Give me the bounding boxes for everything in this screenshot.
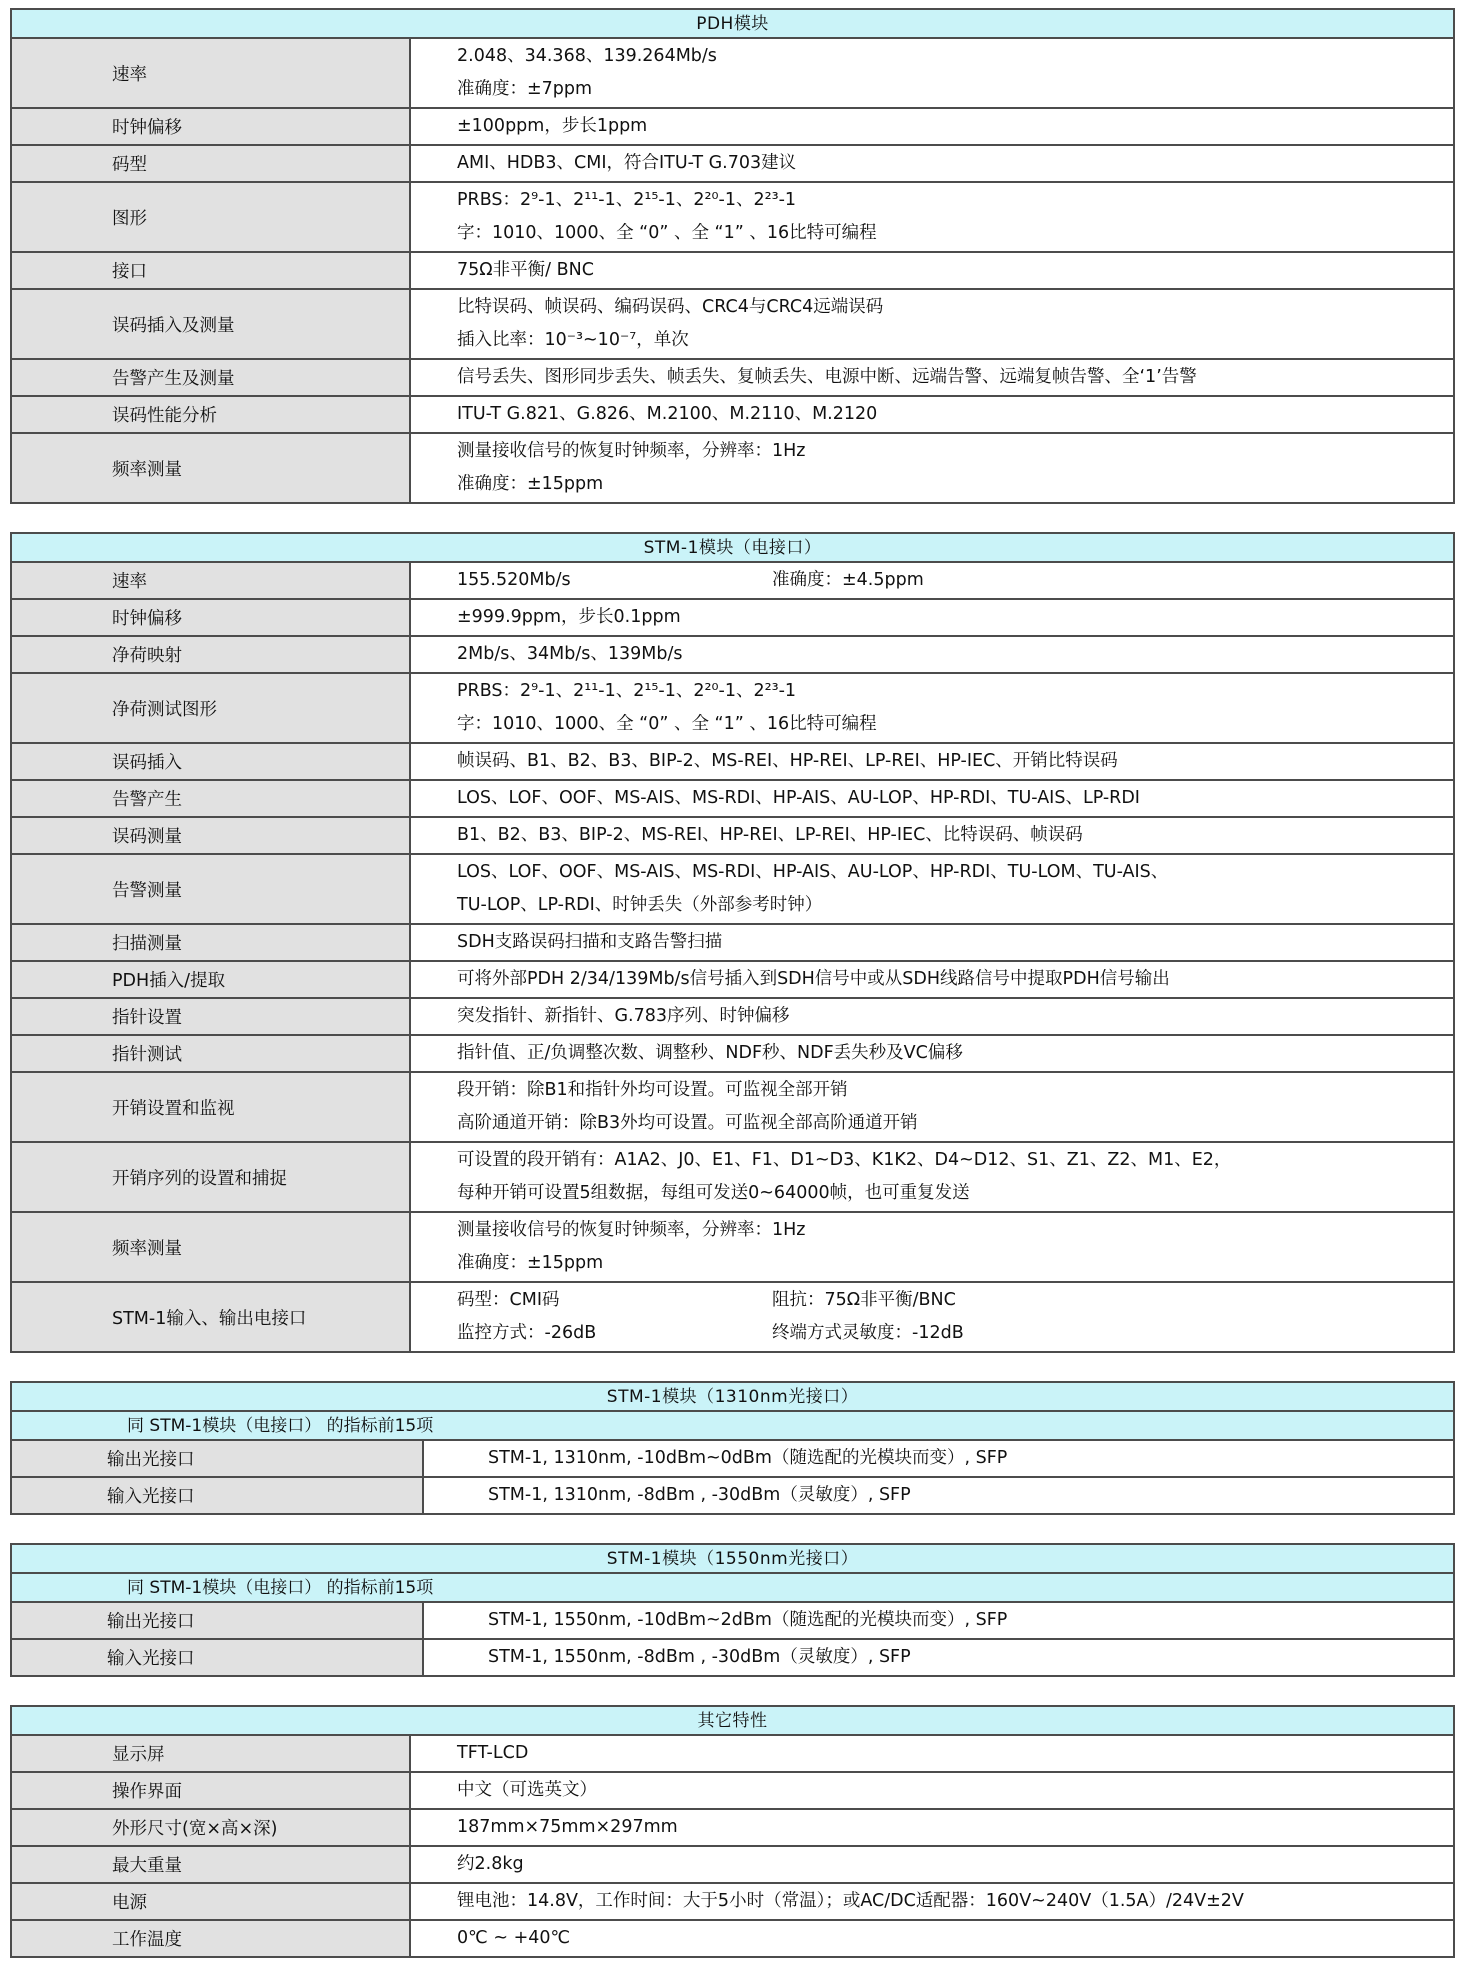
value-line: 准确度：±15ppm — [457, 1247, 1443, 1280]
value-line: 突发指针、新指针、G.783序列、时钟偏移 — [457, 1000, 1443, 1033]
table-title: PDH模块 — [12, 10, 1453, 39]
value-line: 约2.8kg — [457, 1848, 1443, 1881]
table-row: 码型AMI、HDB3、CMI，符合ITU-T G.703建议 — [12, 146, 1453, 183]
table-row: 速率2.048、34.368、139.264Mb/s准确度：±7ppm — [12, 39, 1453, 109]
table-row: 净荷映射2Mb/s、34Mb/s、139Mb/s — [12, 637, 1453, 674]
value-line: 测量接收信号的恢复时钟频率，分辨率：1Hz — [457, 435, 1443, 468]
row-label: 开销序列的设置和捕捉 — [12, 1143, 411, 1211]
table-row: 告警产生及测量信号丢失、图形同步丢失、帧丢失、复帧丢失、电源中断、远端告警、远端… — [12, 360, 1453, 397]
value-line: 比特误码、帧误码、编码误码、CRC4与CRC4远端误码 — [457, 291, 1443, 324]
table-row: 扫描测量SDH支路误码扫描和支路告警扫描 — [12, 925, 1453, 962]
value-line: 准确度：±7ppm — [457, 73, 1443, 106]
value-line: 锂电池：14.8V，工作时间：大于5小时（常温）；或AC/DC适配器：160V~… — [457, 1885, 1443, 1918]
row-value: 帧误码、B1、B2、B3、BIP-2、MS-REI、HP-REI、LP-REI、… — [411, 744, 1453, 779]
row-label: 误码测量 — [12, 818, 411, 853]
row-value: 75Ω非平衡/ BNC — [411, 253, 1453, 288]
row-label: 码型 — [12, 146, 411, 181]
table-row: 工作温度0℃ ~ +40℃ — [12, 1921, 1453, 1956]
row-label: 操作界面 — [12, 1773, 411, 1808]
table-row: 开销序列的设置和捕捉可设置的段开销有：A1A2、J0、E1、F1、D1~D3、K… — [12, 1143, 1453, 1213]
row-value: 2.048、34.368、139.264Mb/s准确度：±7ppm — [411, 39, 1453, 107]
value-line: TFT-LCD — [457, 1737, 1443, 1770]
row-value: STM-1, 1550nm, -10dBm~2dBm（随选配的光模块而变）, S… — [424, 1603, 1453, 1638]
table-row: 速率155.520Mb/s准确度：±4.5ppm — [12, 563, 1453, 600]
value-line: PRBS：2⁹-1、2¹¹-1、2¹⁵-1、2²⁰-1、2²³-1 — [457, 184, 1443, 217]
row-label: 误码性能分析 — [12, 397, 411, 432]
table-row: 输入光接口STM-1, 1310nm, -8dBm , -30dBm（灵敏度）,… — [12, 1478, 1453, 1513]
row-value: 可将外部PDH 2/34/139Mb/s信号插入到SDH信号中或从SDH线路信号… — [411, 962, 1453, 997]
row-value: ±999.9ppm，步长0.1ppm — [411, 600, 1453, 635]
value-segment: 码型：CMI码 — [457, 1284, 772, 1317]
row-value: 信号丢失、图形同步丢失、帧丢失、复帧丢失、电源中断、远端告警、远端复帧告警、全‘… — [411, 360, 1453, 395]
row-label: 图形 — [12, 183, 411, 251]
row-value: 中文（可选英文） — [411, 1773, 1453, 1808]
row-value: 测量接收信号的恢复时钟频率，分辨率：1Hz准确度：±15ppm — [411, 1213, 1453, 1281]
value-line: ±999.9ppm，步长0.1ppm — [457, 601, 1443, 634]
row-label: 最大重量 — [12, 1847, 411, 1882]
table-note: 同 STM-1模块（电接口） 的指标前15项 — [12, 1412, 1453, 1441]
table-row: STM-1输入、输出电接口码型：CMI码阻抗：75Ω非平衡/BNC监控方式：-2… — [12, 1283, 1453, 1351]
value-line: STM-1, 1310nm, -10dBm~0dBm（随选配的光模块而变）, S… — [488, 1442, 1443, 1475]
value-line: TU-LOP、LP-RDI、时钟丢失（外部参考时钟） — [457, 889, 1443, 922]
row-value: 段开销：除B1和指针外均可设置。可监视全部开销高阶通道开销：除B3外均可设置。可… — [411, 1073, 1453, 1141]
row-label: 速率 — [12, 563, 411, 598]
row-label: 输出光接口 — [12, 1603, 424, 1638]
row-value: SDH支路误码扫描和支路告警扫描 — [411, 925, 1453, 960]
value-line: LOS、LOF、OOF、MS-AIS、MS-RDI、HP-AIS、AU-LOP、… — [457, 856, 1443, 889]
row-label: 告警测量 — [12, 855, 411, 923]
value-line: 可设置的段开销有：A1A2、J0、E1、F1、D1~D3、K1K2、D4~D12… — [457, 1144, 1443, 1177]
value-line: 2Mb/s、34Mb/s、139Mb/s — [457, 638, 1443, 671]
table-row: 告警产生LOS、LOF、OOF、MS-AIS、MS-RDI、HP-AIS、AU-… — [12, 781, 1453, 818]
value-line: 监控方式：-26dB终端方式灵敏度：-12dB — [457, 1317, 1443, 1350]
row-label: 工作温度 — [12, 1921, 411, 1956]
row-value: AMI、HDB3、CMI，符合ITU-T G.703建议 — [411, 146, 1453, 181]
table-row: 频率测量测量接收信号的恢复时钟频率，分辨率：1Hz准确度：±15ppm — [12, 434, 1453, 502]
table-row: 输出光接口STM-1, 1550nm, -10dBm~2dBm（随选配的光模块而… — [12, 1603, 1453, 1640]
row-value: 0℃ ~ +40℃ — [411, 1921, 1453, 1956]
row-value: 码型：CMI码阻抗：75Ω非平衡/BNC监控方式：-26dB终端方式灵敏度：-1… — [411, 1283, 1453, 1351]
row-value: STM-1, 1550nm, -8dBm , -30dBm（灵敏度）, SFP — [424, 1640, 1453, 1675]
value-segment: 准确度：±4.5ppm — [772, 564, 924, 597]
row-value: STM-1, 1310nm, -8dBm , -30dBm（灵敏度）, SFP — [424, 1478, 1453, 1513]
row-value: 约2.8kg — [411, 1847, 1453, 1882]
table-title: STM-1模块（1550nm光接口） — [12, 1545, 1453, 1574]
row-label: 时钟偏移 — [12, 600, 411, 635]
value-line: 测量接收信号的恢复时钟频率，分辨率：1Hz — [457, 1214, 1443, 1247]
value-line: ±100ppm，步长1ppm — [457, 110, 1443, 143]
table-other-features: 其它特性显示屏TFT-LCD操作界面中文（可选英文）外形尺寸(宽×高×深)187… — [10, 1705, 1455, 1958]
value-line: ITU-T G.821、G.826、M.2100、M.2110、M.2120 — [457, 398, 1443, 431]
table-stm1-1550nm-optical: STM-1模块（1550nm光接口）同 STM-1模块（电接口） 的指标前15项… — [10, 1543, 1455, 1677]
row-label: 开销设置和监视 — [12, 1073, 411, 1141]
row-value: PRBS：2⁹-1、2¹¹-1、2¹⁵-1、2²⁰-1、2²³-1字：1010、… — [411, 183, 1453, 251]
table-row: 开销设置和监视段开销：除B1和指针外均可设置。可监视全部开销高阶通道开销：除B3… — [12, 1073, 1453, 1143]
table-pdh-module: PDH模块速率2.048、34.368、139.264Mb/s准确度：±7ppm… — [10, 8, 1455, 504]
row-value: STM-1, 1310nm, -10dBm~0dBm（随选配的光模块而变）, S… — [424, 1441, 1453, 1476]
table-row: 指针设置突发指针、新指针、G.783序列、时钟偏移 — [12, 999, 1453, 1036]
table-row: PDH插入/提取可将外部PDH 2/34/139Mb/s信号插入到SDH信号中或… — [12, 962, 1453, 999]
table-title: STM-1模块（电接口） — [12, 534, 1453, 563]
row-value: 测量接收信号的恢复时钟频率，分辨率：1Hz准确度：±15ppm — [411, 434, 1453, 502]
row-label: 输入光接口 — [12, 1640, 424, 1675]
row-label: 净荷映射 — [12, 637, 411, 672]
row-label: 接口 — [12, 253, 411, 288]
table-row: 时钟偏移±100ppm，步长1ppm — [12, 109, 1453, 146]
row-label: 告警产生及测量 — [12, 360, 411, 395]
table-row: 误码测量B1、B2、B3、BIP-2、MS-REI、HP-REI、LP-REI、… — [12, 818, 1453, 855]
table-row: 净荷测试图形PRBS：2⁹-1、2¹¹-1、2¹⁵-1、2²⁰-1、2²³-1字… — [12, 674, 1453, 744]
row-label: 输入光接口 — [12, 1478, 424, 1513]
value-line: STM-1, 1550nm, -10dBm~2dBm（随选配的光模块而变）, S… — [488, 1604, 1443, 1637]
table-stm1-1310nm-optical: STM-1模块（1310nm光接口）同 STM-1模块（电接口） 的指标前15项… — [10, 1381, 1455, 1515]
value-line: 75Ω非平衡/ BNC — [457, 254, 1443, 287]
value-line: 字：1010、1000、全 “0” 、全 “1” 、16比特可编程 — [457, 708, 1443, 741]
row-value: 155.520Mb/s准确度：±4.5ppm — [411, 563, 1453, 598]
row-value: LOS、LOF、OOF、MS-AIS、MS-RDI、HP-AIS、AU-LOP、… — [411, 781, 1453, 816]
table-title: STM-1模块（1310nm光接口） — [12, 1383, 1453, 1412]
value-line: STM-1, 1550nm, -8dBm , -30dBm（灵敏度）, SFP — [488, 1641, 1443, 1674]
table-row: 误码插入帧误码、B1、B2、B3、BIP-2、MS-REI、HP-REI、LP-… — [12, 744, 1453, 781]
table-row: 指针测试指针值、正/负调整次数、调整秒、NDF秒、NDF丢失秒及VC偏移 — [12, 1036, 1453, 1073]
value-line: 字：1010、1000、全 “0” 、全 “1” 、16比特可编程 — [457, 217, 1443, 250]
table-row: 电源锂电池：14.8V，工作时间：大于5小时（常温）；或AC/DC适配器：160… — [12, 1884, 1453, 1921]
row-value: TFT-LCD — [411, 1736, 1453, 1771]
value-segment: 阻抗：75Ω非平衡/BNC — [772, 1284, 956, 1317]
row-label: 告警产生 — [12, 781, 411, 816]
row-label: 显示屏 — [12, 1736, 411, 1771]
table-note: 同 STM-1模块（电接口） 的指标前15项 — [12, 1574, 1453, 1603]
row-label: 时钟偏移 — [12, 109, 411, 144]
value-line: 指针值、正/负调整次数、调整秒、NDF秒、NDF丢失秒及VC偏移 — [457, 1037, 1443, 1070]
value-line: 段开销：除B1和指针外均可设置。可监视全部开销 — [457, 1074, 1443, 1107]
row-value: PRBS：2⁹-1、2¹¹-1、2¹⁵-1、2²⁰-1、2²³-1字：1010、… — [411, 674, 1453, 742]
value-line: LOS、LOF、OOF、MS-AIS、MS-RDI、HP-AIS、AU-LOP、… — [457, 782, 1443, 815]
value-line: 187mm×75mm×297mm — [457, 1811, 1443, 1844]
value-line: 0℃ ~ +40℃ — [457, 1922, 1443, 1955]
value-line: 码型：CMI码阻抗：75Ω非平衡/BNC — [457, 1284, 1443, 1317]
value-line: 每种开销可设置5组数据，每组可发送0~64000帧，也可重复发送 — [457, 1177, 1443, 1210]
table-row: 告警测量LOS、LOF、OOF、MS-AIS、MS-RDI、HP-AIS、AU-… — [12, 855, 1453, 925]
table-row: 接口75Ω非平衡/ BNC — [12, 253, 1453, 290]
row-label: 电源 — [12, 1884, 411, 1919]
value-line: STM-1, 1310nm, -8dBm , -30dBm（灵敏度）, SFP — [488, 1479, 1443, 1512]
value-line: 中文（可选英文） — [457, 1774, 1443, 1807]
spec-document: PDH模块速率2.048、34.368、139.264Mb/s准确度：±7ppm… — [0, 0, 1465, 1968]
table-row: 操作界面中文（可选英文） — [12, 1773, 1453, 1810]
table-stm1-electrical: STM-1模块（电接口）速率155.520Mb/s准确度：±4.5ppm时钟偏移… — [10, 532, 1455, 1353]
row-label: 频率测量 — [12, 434, 411, 502]
value-line: AMI、HDB3、CMI，符合ITU-T G.703建议 — [457, 147, 1443, 180]
value-line: 高阶通道开销：除B3外均可设置。可监视全部高阶通道开销 — [457, 1107, 1443, 1140]
row-label: 外形尺寸(宽×高×深) — [12, 1810, 411, 1845]
value-line: 信号丢失、图形同步丢失、帧丢失、复帧丢失、电源中断、远端告警、远端复帧告警、全‘… — [457, 361, 1443, 394]
row-value: 突发指针、新指针、G.783序列、时钟偏移 — [411, 999, 1453, 1034]
row-value: 187mm×75mm×297mm — [411, 1810, 1453, 1845]
value-line: B1、B2、B3、BIP-2、MS-REI、HP-REI、LP-REI、HP-I… — [457, 819, 1443, 852]
row-label: 速率 — [12, 39, 411, 107]
table-row: 时钟偏移±999.9ppm，步长0.1ppm — [12, 600, 1453, 637]
row-label: 指针设置 — [12, 999, 411, 1034]
table-row: 最大重量约2.8kg — [12, 1847, 1453, 1884]
value-line: PRBS：2⁹-1、2¹¹-1、2¹⁵-1、2²⁰-1、2²³-1 — [457, 675, 1443, 708]
value-line: 插入比率：10⁻³~10⁻⁷，单次 — [457, 324, 1443, 357]
row-label: 误码插入及测量 — [12, 290, 411, 358]
row-value: 比特误码、帧误码、编码误码、CRC4与CRC4远端误码插入比率：10⁻³~10⁻… — [411, 290, 1453, 358]
table-row: 输入光接口STM-1, 1550nm, -8dBm , -30dBm（灵敏度）,… — [12, 1640, 1453, 1675]
row-label: 扫描测量 — [12, 925, 411, 960]
row-value: 指针值、正/负调整次数、调整秒、NDF秒、NDF丢失秒及VC偏移 — [411, 1036, 1453, 1071]
row-value: B1、B2、B3、BIP-2、MS-REI、HP-REI、LP-REI、HP-I… — [411, 818, 1453, 853]
row-value: ITU-T G.821、G.826、M.2100、M.2110、M.2120 — [411, 397, 1453, 432]
row-value: ±100ppm，步长1ppm — [411, 109, 1453, 144]
row-label: 频率测量 — [12, 1213, 411, 1281]
row-value: 锂电池：14.8V，工作时间：大于5小时（常温）；或AC/DC适配器：160V~… — [411, 1884, 1453, 1919]
value-line: 2.048、34.368、139.264Mb/s — [457, 40, 1443, 73]
value-line: 可将外部PDH 2/34/139Mb/s信号插入到SDH信号中或从SDH线路信号… — [457, 963, 1443, 996]
value-segment: 155.520Mb/s — [457, 564, 772, 597]
row-label: STM-1输入、输出电接口 — [12, 1283, 411, 1351]
table-row: 外形尺寸(宽×高×深)187mm×75mm×297mm — [12, 1810, 1453, 1847]
table-row: 频率测量测量接收信号的恢复时钟频率，分辨率：1Hz准确度：±15ppm — [12, 1213, 1453, 1283]
row-label: PDH插入/提取 — [12, 962, 411, 997]
row-value: 2Mb/s、34Mb/s、139Mb/s — [411, 637, 1453, 672]
value-line: 帧误码、B1、B2、B3、BIP-2、MS-REI、HP-REI、LP-REI、… — [457, 745, 1443, 778]
table-row: 显示屏TFT-LCD — [12, 1736, 1453, 1773]
row-value: LOS、LOF、OOF、MS-AIS、MS-RDI、HP-AIS、AU-LOP、… — [411, 855, 1453, 923]
value-line: 准确度：±15ppm — [457, 468, 1443, 501]
table-row: 输出光接口STM-1, 1310nm, -10dBm~0dBm（随选配的光模块而… — [12, 1441, 1453, 1478]
value-line: SDH支路误码扫描和支路告警扫描 — [457, 926, 1443, 959]
table-title: 其它特性 — [12, 1707, 1453, 1736]
table-row: 误码性能分析ITU-T G.821、G.826、M.2100、M.2110、M.… — [12, 397, 1453, 434]
value-segment: 监控方式：-26dB — [457, 1317, 772, 1350]
value-line: 155.520Mb/s准确度：±4.5ppm — [457, 564, 1443, 597]
row-label: 误码插入 — [12, 744, 411, 779]
row-label: 净荷测试图形 — [12, 674, 411, 742]
row-label: 指针测试 — [12, 1036, 411, 1071]
value-segment: 终端方式灵敏度：-12dB — [772, 1317, 964, 1350]
row-label: 输出光接口 — [12, 1441, 424, 1476]
row-value: 可设置的段开销有：A1A2、J0、E1、F1、D1~D3、K1K2、D4~D12… — [411, 1143, 1453, 1211]
table-row: 图形PRBS：2⁹-1、2¹¹-1、2¹⁵-1、2²⁰-1、2²³-1字：101… — [12, 183, 1453, 253]
table-row: 误码插入及测量比特误码、帧误码、编码误码、CRC4与CRC4远端误码插入比率：1… — [12, 290, 1453, 360]
